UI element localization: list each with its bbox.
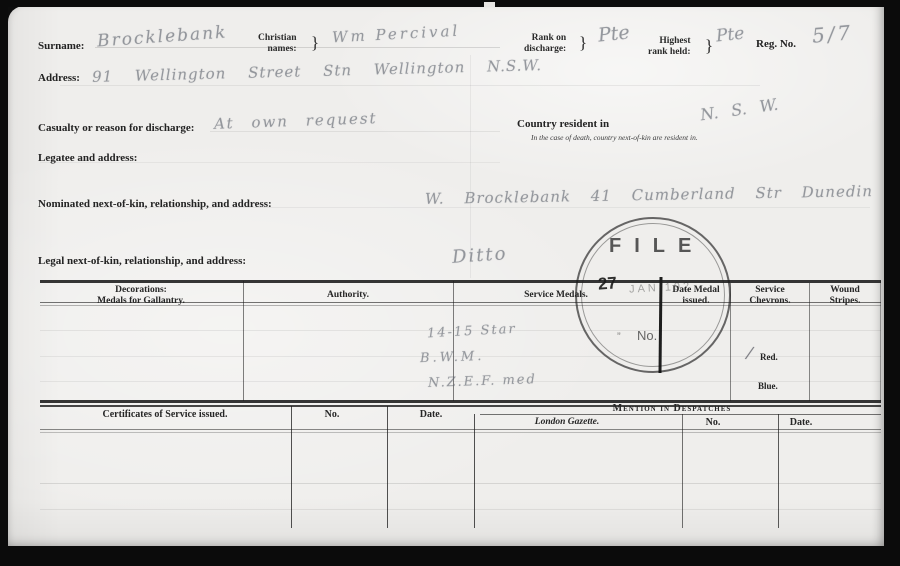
surname-label: Surname:: [38, 40, 84, 52]
medals-header-service-medals: Service Medals.: [524, 290, 588, 301]
rank-on-discharge-brace: }: [579, 33, 587, 53]
certificates-date-header: Date.: [420, 409, 443, 420]
nominated-nok-label: Nominated next-of-kin, relationship, and…: [38, 198, 272, 210]
medals-col-divider: [243, 281, 244, 401]
certificates-no-header: No.: [325, 409, 340, 420]
file-stamp-ditto-mark: ”: [617, 331, 621, 343]
frame-top-notch: [484, 2, 495, 7]
mention-in-despatches-title: Mention in Despatches: [613, 403, 732, 414]
medals-col-divider: [809, 283, 810, 401]
highest-rank-label: Highest rank held:: [648, 36, 691, 57]
rank-on-discharge-label: Rank on discharge:: [524, 33, 566, 54]
legal-nok-value-handwritten: Ditto: [451, 243, 508, 268]
certificates-table-top-rule-2: [40, 405, 881, 407]
scanned-record-page: Surname: Brocklebank Christian names: } …: [0, 0, 900, 566]
certificates-col-divider: [474, 414, 475, 528]
legal-nok-label: Legal next-of-kin, relationship, and add…: [38, 255, 246, 267]
chevron-blue-label: Blue.: [758, 381, 778, 391]
certificates-table-top-rule: [40, 400, 881, 403]
highest-rank-value-handwritten: Pte: [715, 24, 745, 47]
certificates-header: Certificates of Service issued.: [103, 409, 228, 420]
country-resident-note: In the case of death, country next-of-ki…: [531, 133, 698, 142]
medals-table-right-edge: [880, 281, 881, 401]
service-medal-entry-handwritten: B.W.M.: [420, 349, 485, 366]
address-label: Address:: [38, 72, 80, 84]
medals-header-service-chevrons: Service Chevrons.: [749, 285, 790, 307]
certificates-col-divider: [682, 414, 683, 528]
medals-header-authority: Authority.: [327, 290, 369, 301]
reg-no-label: Reg. No.: [756, 38, 796, 50]
legatee-label: Legatee and address:: [38, 152, 137, 164]
medals-col-divider: [730, 283, 731, 401]
mention-no-header: No.: [706, 417, 721, 428]
file-stamp-date-day: 27: [597, 273, 617, 294]
frame-right: [884, 0, 900, 566]
casualty-label: Casualty or reason for discharge:: [38, 122, 194, 134]
christian-names-brace: }: [311, 33, 319, 53]
mention-title-underline: [480, 414, 881, 415]
highest-rank-brace: }: [705, 36, 713, 56]
certificates-faint-row-line: [40, 483, 881, 484]
paper-background: [8, 6, 884, 546]
ruled-line: [60, 85, 760, 86]
medals-header-wound-stripes: Wound Stripes.: [830, 285, 861, 307]
medals-header-date-issued: Date Medal issued.: [672, 285, 719, 307]
certificates-col-divider: [291, 406, 292, 528]
file-stamp-title: FILE: [609, 235, 704, 258]
chevron-red-label: Red.: [760, 352, 778, 362]
certificates-header-underline: [40, 429, 881, 430]
rank-on-discharge-value-handwritten: Pte: [597, 21, 631, 46]
london-gazette-header: London Gazette.: [535, 417, 599, 428]
certificates-col-divider: [778, 414, 779, 528]
certificates-faint-row-line: [40, 509, 881, 510]
frame-top: [0, 0, 900, 7]
reg-no-value-handwritten: 5/7: [811, 20, 854, 47]
frame-left: [0, 0, 8, 566]
christian-names-label: Christian names:: [258, 33, 297, 54]
mention-date-header: Date.: [790, 417, 813, 428]
certificates-col-divider: [387, 406, 388, 528]
frame-bottom: [0, 546, 900, 566]
country-resident-label: Country resident in: [517, 118, 609, 130]
certificates-header-underline-2: [40, 432, 881, 433]
medals-header-decorations: Decorations: Medals for Gallantry.: [97, 285, 185, 307]
medals-table-top-rule: [40, 280, 881, 283]
